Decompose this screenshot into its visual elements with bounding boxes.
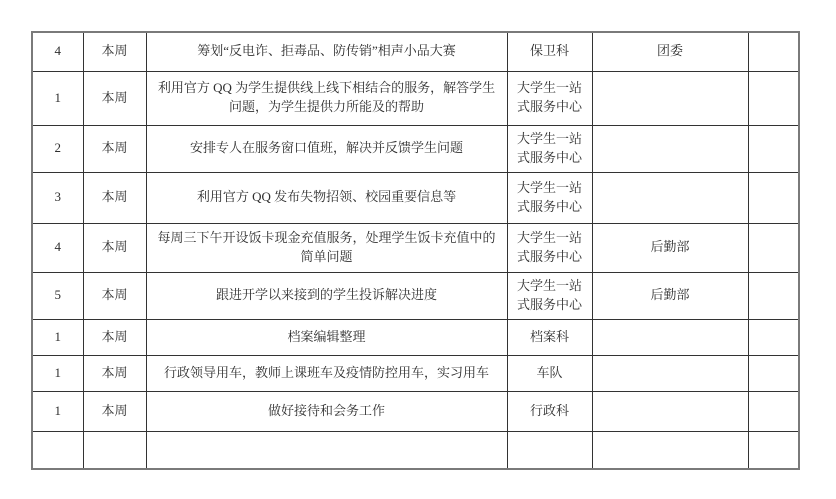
period-cell (83, 431, 146, 469)
co-department-cell: 团委 (592, 32, 748, 71)
task-cell: 利用官方 QQ 发布失物招领、校园重要信息等 (146, 172, 507, 223)
remark-cell (748, 319, 799, 355)
remark-cell (748, 32, 799, 71)
task-cell: 做好接待和会务工作 (146, 391, 507, 431)
table-row: 4 本周 每周三下午开设饭卡现金充值服务，处理学生饭卡充值中的简单问题 大学生一… (32, 223, 799, 272)
co-department-cell (592, 71, 748, 125)
period-cell: 本周 (83, 32, 146, 71)
period-cell: 本周 (83, 172, 146, 223)
table-row: 1 本周 利用官方 QQ 为学生提供线上线下相结合的服务，解答学生问题，为学生提… (32, 71, 799, 125)
table-row: 4 本周 筹划“反电诈、拒毒品、防传销”相声小品大赛 保卫科 团委 (32, 32, 799, 71)
count-cell (32, 431, 83, 469)
period-cell: 本周 (83, 71, 146, 125)
co-department-cell (592, 431, 748, 469)
co-department-cell: 后勤部 (592, 223, 748, 272)
co-department-cell: 后勤部 (592, 272, 748, 319)
remark-cell (748, 391, 799, 431)
remark-cell (748, 223, 799, 272)
count-cell: 1 (32, 71, 83, 125)
count-cell: 4 (32, 223, 83, 272)
table-row: 1 本周 做好接待和会务工作 行政科 (32, 391, 799, 431)
period-cell: 本周 (83, 125, 146, 172)
period-cell: 本周 (83, 391, 146, 431)
weekly-task-table: 4 本周 筹划“反电诈、拒毒品、防传销”相声小品大赛 保卫科 团委 1 本周 利… (31, 31, 800, 470)
co-department-cell (592, 355, 748, 391)
period-cell: 本周 (83, 223, 146, 272)
co-department-cell (592, 172, 748, 223)
period-cell: 本周 (83, 355, 146, 391)
task-cell: 筹划“反电诈、拒毒品、防传销”相声小品大赛 (146, 32, 507, 71)
co-department-cell (592, 391, 748, 431)
department-cell: 保卫科 (507, 32, 592, 71)
department-cell (507, 431, 592, 469)
count-cell: 1 (32, 355, 83, 391)
count-cell: 2 (32, 125, 83, 172)
period-cell: 本周 (83, 272, 146, 319)
task-cell: 行政领导用车，教师上课班车及疫情防控用车，实习用车 (146, 355, 507, 391)
department-cell: 大学生一站式服务中心 (507, 172, 592, 223)
table-row: 1 本周 行政领导用车，教师上课班车及疫情防控用车，实习用车 车队 (32, 355, 799, 391)
count-cell: 1 (32, 319, 83, 355)
task-cell: 每周三下午开设饭卡现金充值服务，处理学生饭卡充值中的简单问题 (146, 223, 507, 272)
task-cell: 档案编辑整理 (146, 319, 507, 355)
department-cell: 行政科 (507, 391, 592, 431)
department-cell: 大学生一站式服务中心 (507, 71, 592, 125)
task-cell: 利用官方 QQ 为学生提供线上线下相结合的服务，解答学生问题，为学生提供力所能及… (146, 71, 507, 125)
count-cell: 4 (32, 32, 83, 71)
remark-cell (748, 125, 799, 172)
table-row: 1 本周 档案编辑整理 档案科 (32, 319, 799, 355)
count-cell: 1 (32, 391, 83, 431)
department-cell: 档案科 (507, 319, 592, 355)
remark-cell (748, 431, 799, 469)
table-row: 5 本周 跟进开学以来接到的学生投诉解决进度 大学生一站式服务中心 后勤部 (32, 272, 799, 319)
remark-cell (748, 71, 799, 125)
table-row (32, 431, 799, 469)
department-cell: 大学生一站式服务中心 (507, 272, 592, 319)
remark-cell (748, 272, 799, 319)
task-cell: 跟进开学以来接到的学生投诉解决进度 (146, 272, 507, 319)
task-cell: 安排专人在服务窗口值班，解决并反馈学生问题 (146, 125, 507, 172)
task-table-body: 4 本周 筹划“反电诈、拒毒品、防传销”相声小品大赛 保卫科 团委 1 本周 利… (32, 32, 799, 469)
task-cell (146, 431, 507, 469)
remark-cell (748, 172, 799, 223)
department-cell: 大学生一站式服务中心 (507, 125, 592, 172)
table-row: 2 本周 安排专人在服务窗口值班，解决并反馈学生问题 大学生一站式服务中心 (32, 125, 799, 172)
co-department-cell (592, 319, 748, 355)
department-cell: 大学生一站式服务中心 (507, 223, 592, 272)
count-cell: 5 (32, 272, 83, 319)
department-cell: 车队 (507, 355, 592, 391)
co-department-cell (592, 125, 748, 172)
remark-cell (748, 355, 799, 391)
period-cell: 本周 (83, 319, 146, 355)
table-row: 3 本周 利用官方 QQ 发布失物招领、校园重要信息等 大学生一站式服务中心 (32, 172, 799, 223)
document-page: 4 本周 筹划“反电诈、拒毒品、防传销”相声小品大赛 保卫科 团委 1 本周 利… (0, 0, 836, 499)
count-cell: 3 (32, 172, 83, 223)
